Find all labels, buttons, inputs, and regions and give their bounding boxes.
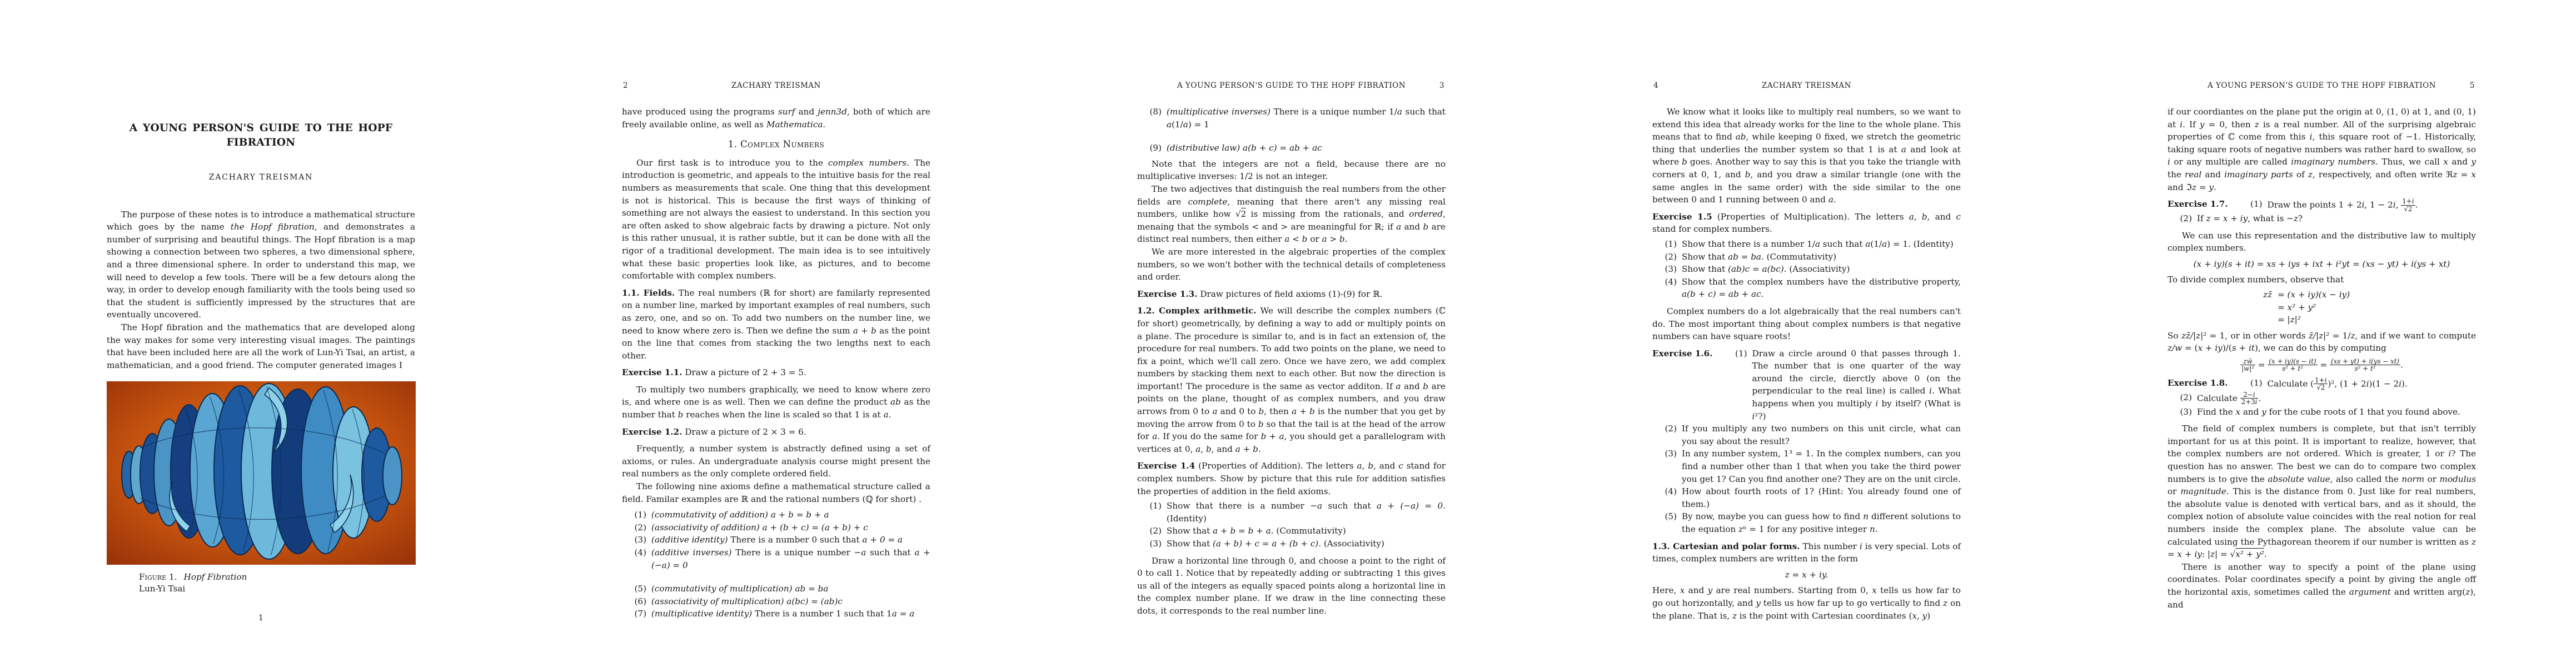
running-head-page-number: 2 (623, 81, 628, 90)
list: (8)(multiplicative inverses) There is a … (1137, 106, 1446, 155)
running-head-page-number: 5 (2470, 81, 2475, 90)
list: (1)(commutativity of addition) a + b = b… (622, 509, 930, 620)
paragraph: 1.3. Cartesian and polar forms. This num… (1652, 540, 1961, 565)
running-head-page-number: 4 (1653, 81, 1658, 90)
list-item-text: (distributive law) a(b + c) = ab + ac (1167, 142, 1446, 155)
equation-rhs: = |z|² (2272, 313, 2397, 326)
list-item: (8)(multiplicative inverses) There is a … (1137, 106, 1446, 131)
paragraph: Frequently, a number system is abstractl… (622, 442, 930, 480)
list: (1)Show that there is a number 1/a such … (1652, 238, 1961, 301)
list-item-label: (1) (1137, 500, 1167, 525)
page-content: have produced using the programs surf an… (622, 106, 930, 620)
list-item: Exercise 1.8.(1)Calculate (1+i√2)², (1 +… (2168, 377, 2476, 391)
list-item-text: (additive identity) There is a number 0 … (651, 534, 930, 546)
fraction: zw̄|w|² (2240, 358, 2255, 372)
list-item-label: (1) (2238, 377, 2268, 391)
section-heading: 1. Complex Numbers (622, 138, 930, 151)
list-item-label: (1) (1723, 347, 1752, 423)
paragraph: Exercise 1.5 (Properties of Multiplicati… (1652, 211, 1961, 236)
list-item-label: (3) (1137, 537, 1167, 550)
paper-spread: { "arxiv_watermark": "arXiv:0908.1205v1 … (0, 0, 2576, 667)
list-item: (2)Show that ab = ba. (Commutativity) (1652, 251, 1961, 263)
figure: Figure 1.Hopf FibrationLun-Yi Tsai (107, 381, 415, 595)
paper-author: ZACHARY TREISMAN (107, 171, 415, 184)
running-head-text: A YOUNG PERSON'S GUIDE TO THE HOPF FIBRA… (1137, 81, 1446, 90)
equation-row: = x² + y² (2168, 301, 2476, 314)
equation: (x + iy)(s + it) = xs + iys + ixt + i²yt… (2168, 258, 2476, 271)
equation-lhs: zz̄ (2246, 288, 2272, 301)
paragraph: 1.2. Complex arithmetic. We will describ… (1137, 305, 1446, 455)
page-1: A YOUNG PERSON'S GUIDE TO THE HOPFFIBRAT… (0, 0, 515, 667)
list-item: (7)(multiplicative identity) There is a … (622, 608, 930, 620)
list-item-label: (2) (1652, 251, 1682, 263)
list-item-label: (5) (622, 583, 651, 595)
paragraph: We can use this representation and the d… (2168, 230, 2476, 255)
equation-lhs (2246, 301, 2272, 314)
running-head: A YOUNG PERSON'S GUIDE TO THE HOPF FIBRA… (2168, 81, 2476, 92)
list-item-label: (2) (2168, 391, 2197, 406)
paragraph: The Hopf fibration and the mathematics t… (107, 321, 415, 371)
list-item: (1)(commutativity of addition) a + b = b… (622, 509, 930, 521)
exercise-lead: Exercise 1.8. (2168, 377, 2238, 391)
page-content: (8)(multiplicative inverses) There is a … (1137, 106, 1446, 618)
list-item-label: (6) (622, 595, 651, 608)
fraction: (xs + yt) + i(ys − xt)s² + t² (2330, 358, 2400, 372)
equation-row: = |z|² (2168, 313, 2476, 326)
list-item-text: (additive inverses) There is a unique nu… (651, 546, 930, 571)
list-item-text: If you multiply any two numbers on this … (1682, 422, 1961, 447)
paragraph: if our coordiantes on the plane put the … (2168, 106, 2476, 193)
list-item-text: If z = x + iy, what is −z? (2197, 212, 2476, 225)
list-item-text: Show that a + b = b + a. (Commutativity) (1167, 525, 1446, 537)
list-item-text: Show that ab = ba. (Commutativity) (1682, 251, 1961, 263)
paragraph: The two adjectives that distinguish the … (1137, 183, 1446, 246)
paragraph: The purpose of these notes is to introdu… (107, 208, 415, 321)
paragraph: Exercise 1.2. Draw a picture of 2 × 3 = … (622, 426, 930, 439)
list-item-text: (commutativity of addition) a + b = b + … (651, 509, 930, 521)
list: (1)Show that there is a number −a such t… (1137, 500, 1446, 550)
equation-lhs (2246, 313, 2272, 326)
exercise-lead: Exercise 1.6. (1652, 347, 1723, 423)
list-item: (2)If z = x + iy, what is −z? (2168, 212, 2476, 225)
list-item-text: (multiplicative identity) There is a num… (651, 608, 930, 620)
list-item: (6)(associativity of multiplication) a(b… (622, 595, 930, 608)
running-head: 4ZACHARY TREISMAN (1652, 81, 1961, 92)
list-item-text: Show that there is a number 1/a such tha… (1682, 238, 1961, 251)
list-item-label: (3) (622, 534, 651, 546)
list-item-label: (2) (622, 521, 651, 534)
paragraph: Complex numbers do a lot algebraically t… (1652, 305, 1961, 343)
list-item-text: By now, maybe you can guess how to find … (1682, 510, 1961, 535)
equation-row: zz̄= (x + iy)(x − iy) (2168, 288, 2476, 301)
paragraph: 1.1. Fields. The real numbers (ℝ for sho… (622, 287, 930, 362)
list-item: (3)In any number system, 1³ = 1. In the … (1652, 447, 1961, 485)
page-content: A YOUNG PERSON'S GUIDE TO THE HOPFFIBRAT… (107, 106, 415, 595)
list-item-label: (4) (1652, 276, 1682, 301)
list-item: (5)(commutativity of multiplication) ab … (622, 583, 930, 595)
fraction: 1+i√2 (2401, 198, 2415, 212)
list-item: Exercise 1.6.(1)Draw a circle around 0 t… (1652, 347, 1961, 423)
paragraph: have produced using the programs surf an… (622, 106, 930, 131)
equation-rhs: = (x + iy)(x − iy) (2272, 288, 2397, 301)
paragraph: To divide complex numbers, observe that (2168, 273, 2476, 286)
page-3: A YOUNG PERSON'S GUIDE TO THE HOPF FIBRA… (1030, 0, 1546, 667)
running-head-page-number: 3 (1439, 81, 1444, 90)
list-item-text: (multiplicative inverses) There is a uni… (1167, 106, 1446, 131)
list-item-text: (associativity of addition) a + (b + c) … (651, 521, 930, 534)
paragraph: Note that the integers are not a field, … (1137, 158, 1446, 183)
list-item-label: (3) (1652, 447, 1682, 485)
list-item-label: (7) (622, 608, 651, 620)
running-head-text: A YOUNG PERSON'S GUIDE TO THE HOPF FIBRA… (2168, 81, 2476, 90)
list-item-label: (4) (622, 546, 651, 571)
paragraph: Exercise 1.1. Draw a picture of 2 + 3 = … (622, 366, 930, 379)
paragraph: Exercise 1.3. Draw pictures of field axi… (1137, 288, 1446, 301)
list-item-text: Show that there is a number −a such that… (1167, 500, 1446, 525)
page-content: if our coordiantes on the plane put the … (2168, 106, 2476, 611)
list-item-text: Show that (a + b) + c = a + (b + c). (As… (1167, 537, 1446, 550)
fraction: 1+i√2 (2314, 377, 2328, 391)
list-item-text: Calculate (1+i√2)², (1 + 2i)(1 − 2i). (2268, 377, 2476, 391)
list-item: (5)By now, maybe you can guess how to fi… (1652, 510, 1961, 535)
equation-rhs: = x² + y² (2272, 301, 2397, 314)
list-item-label: (8) (1137, 106, 1167, 131)
list-item-label: (9) (1137, 142, 1167, 155)
list-item: (4)Show that the complex numbers have th… (1652, 276, 1961, 301)
list-item-text: Find the x and y for the cube roots of 1… (2197, 406, 2476, 419)
list-item-label: (1) (622, 509, 651, 521)
list-item-text: Draw a circle around 0 that passes throu… (1752, 347, 1961, 423)
list-item: (2)Calculate 2−i2+3i. (2168, 391, 2476, 406)
list-item-label: (2) (1652, 422, 1682, 447)
list-item-label: (1) (2238, 198, 2268, 212)
list-item-label: (2) (2168, 212, 2197, 225)
paragraph: Our first task is to introduce you to th… (622, 157, 930, 282)
figure-caption-label: Figure 1. (139, 572, 177, 582)
page-5: A YOUNG PERSON'S GUIDE TO THE HOPF FIBRA… (2061, 0, 2576, 667)
running-head-text: ZACHARY TREISMAN (1652, 81, 1961, 90)
running-head-text: ZACHARY TREISMAN (622, 81, 930, 90)
paper-title: A YOUNG PERSON'S GUIDE TO THE HOPFFIBRAT… (107, 121, 415, 150)
list-item: (1)Show that there is a number −a such t… (1137, 500, 1446, 525)
list-item-label: (2) (1137, 525, 1167, 537)
page-4: 4ZACHARY TREISMANWe know what it looks l… (1546, 0, 2061, 667)
list-item-text: Show that (ab)c = a(bc). (Associativity) (1682, 263, 1961, 276)
paragraph: The field of complex numbers is complete… (2168, 422, 2476, 561)
footer-page-number: 1 (107, 614, 415, 623)
list-item-text: Draw the points 1 + 2i, 1 − 2i, 1+i√2. (2268, 198, 2476, 212)
figure-caption-credit: Lun-Yi Tsai (139, 583, 415, 595)
list-item: (3)Show that (a + b) + c = a + (b + c). … (1137, 537, 1446, 550)
list-item: (1)Show that there is a number 1/a such … (1652, 238, 1961, 251)
paragraph: Exercise 1.4 (Properties of Addition). T… (1137, 460, 1446, 497)
list-item: (3)Find the x and y for the cube roots o… (2168, 406, 2476, 419)
list-item: (2)(associativity of addition) a + (b + … (622, 521, 930, 534)
list-item-label: (5) (1652, 510, 1682, 535)
list-item: (3)Show that (ab)c = a(bc). (Associativi… (1652, 263, 1961, 276)
list-item-text: Calculate 2−i2+3i. (2197, 391, 2476, 406)
list-item-text: How about fourth roots of 1? (Hint: You … (1682, 485, 1961, 510)
radical: 2 (1241, 208, 1247, 219)
list: Exercise 1.8.(1)Calculate (1+i√2)², (1 +… (2168, 377, 2476, 418)
list-item: (2)Show that a + b = b + a. (Commutativi… (1137, 525, 1446, 537)
list-item-label: (4) (1652, 485, 1682, 510)
aligned-equations: zz̄= (x + iy)(x − iy)= x² + y²= |z|² (2168, 288, 2476, 326)
list: Exercise 1.7.(1)Draw the points 1 + 2i, … (2168, 198, 2476, 225)
fraction: (x + iy)(s − it)s² + t² (2268, 358, 2317, 372)
list-item-text: (commutativity of multiplication) ab = b… (651, 583, 930, 595)
paper-title-line: A YOUNG PERSON'S GUIDE TO THE HOPF (107, 121, 415, 136)
list-item: Exercise 1.7.(1)Draw the points 1 + 2i, … (2168, 198, 2476, 212)
paragraph: So zz̄/|z|² = 1, or in other words z̄/|z… (2168, 330, 2476, 355)
paragraph: There is another way to specify a point … (2168, 561, 2476, 611)
running-head: 2ZACHARY TREISMAN (622, 81, 930, 92)
list-item-text: (associativity of multiplication) a(bc) … (651, 595, 930, 608)
list-item-text: In any number system, 1³ = 1. In the com… (1682, 447, 1961, 485)
list-item-label: (3) (2168, 406, 2197, 419)
list-item-label: (1) (1652, 238, 1682, 251)
list-item: (2)If you multiply any two numbers on th… (1652, 422, 1961, 447)
list-item-label: (3) (1652, 263, 1682, 276)
paragraph: Here, x and y are real numbers. Starting… (1652, 584, 1961, 622)
paragraph: We know what it looks like to multiply r… (1652, 106, 1961, 206)
page-content: We know what it looks like to multiply r… (1652, 106, 1961, 622)
page-2: 2ZACHARY TREISMANhave produced using the… (515, 0, 1030, 667)
radical: x² + y² (2235, 548, 2264, 559)
list-item-text: Show that the complex numbers have the d… (1682, 276, 1961, 301)
fraction: 2−i2+3i (2240, 391, 2259, 406)
list-item: (4)(additive inverses) There is a unique… (622, 546, 930, 571)
paragraph: To multiply two numbers graphically, we … (622, 384, 930, 421)
list-item: (9)(distributive law) a(b + c) = ab + ac (1137, 142, 1446, 155)
equation: zw̄|w|² = (x + iy)(s − it)s² + t² = (xs … (2168, 358, 2476, 372)
hopf-fibration-painting (107, 381, 416, 565)
list-item: (4)How about fourth roots of 1? (Hint: Y… (1652, 485, 1961, 510)
running-head: A YOUNG PERSON'S GUIDE TO THE HOPF FIBRA… (1137, 81, 1446, 92)
list-item: (3)(additive identity) There is a number… (622, 534, 930, 546)
equation: z = x + iy. (1652, 569, 1961, 581)
paragraph: Draw a horizontal line through 0, and ch… (1137, 555, 1446, 618)
paragraph: We are more interested in the algebraic … (1137, 246, 1446, 283)
exercise-lead: Exercise 1.7. (2168, 198, 2238, 212)
figure-caption-title: Hopf Fibration (184, 572, 247, 582)
list: Exercise 1.6.(1)Draw a circle around 0 t… (1652, 347, 1961, 536)
paper-title-line: FIBRATION (107, 136, 415, 150)
figure-caption: Figure 1.Hopf FibrationLun-Yi Tsai (107, 571, 415, 595)
paragraph: The following nine axioms define a mathe… (622, 480, 930, 505)
